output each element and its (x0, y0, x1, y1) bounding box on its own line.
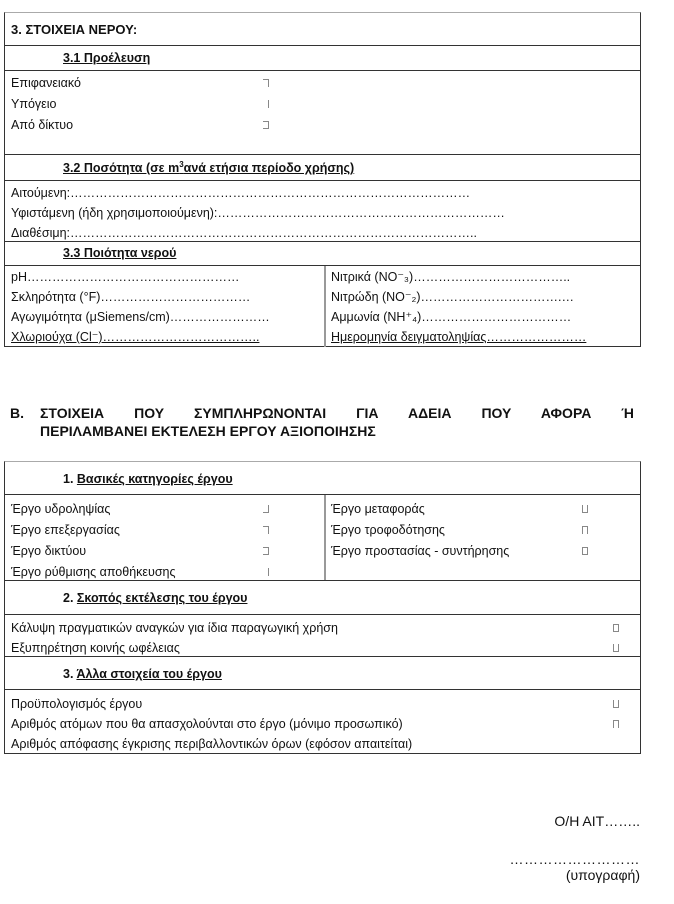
purpose-public-benefit-checkbox[interactable] (613, 644, 619, 652)
purpose-heading-num: 2. (63, 591, 77, 605)
origin-underground-checkbox[interactable] (263, 100, 269, 108)
purpose-heading-row: 2. Σκοπός εκτέλεσης του έργου (5, 581, 640, 615)
section-b-prefix: Β. (10, 404, 24, 422)
origin-label-surface: Επιφανειακό (11, 76, 81, 90)
other-heading-text: Άλλα στοιχεία του έργου (76, 667, 221, 681)
origin-label-underground: Υπόγειο (11, 97, 56, 111)
project-details-section: 1. Βασικές κατηγορίες έργου Έργο υδροληψ… (4, 461, 641, 754)
quantity-available[interactable]: Διαθέσιμη:………………………………………………………………………………… (11, 226, 477, 240)
origin-network-checkbox[interactable] (263, 121, 269, 129)
quantity-heading: 3.2 Ποσότητα (σε m3ανά ετήσια περίοδο χρ… (63, 160, 354, 175)
quality-divider (324, 266, 326, 347)
category-processing: Έργο επεξεργασίας (11, 523, 120, 537)
category-processing-checkbox[interactable] (263, 526, 269, 534)
category-network: Έργο δικτύου (11, 544, 86, 558)
other-budget: Προϋπολογισμός έργου (11, 697, 142, 711)
section-b-line2: ΠΕΡΙΛΑΜΒΑΝΕΙ ΕΚΤΕΛΕΣΗ ΕΡΓΟΥ ΑΞΙΟΠΟΙΗΣΗΣ (40, 422, 376, 440)
quantity-items: Αιτούμενη:………………………………………………………………………………… (5, 181, 640, 242)
other-heading-num: 3. (63, 667, 76, 681)
categories-heading-row: 1. Βασικές κατηγορίες έργου (5, 462, 640, 495)
quality-items: pH…………………………………………… Σκληρότητα (°F)……………… (5, 266, 640, 347)
quality-sampling-date[interactable]: Ημερομηνία δειγματοληψίας…………………… (331, 330, 586, 344)
section-title: 3. ΣΤΟΙΧΕΙΑ ΝΕΡΟΥ: (11, 22, 137, 37)
quality-ammonia[interactable]: Αμμωνία (NH⁺₄)……………………………… (331, 310, 571, 324)
section-b-line1: ΣΤΟΙΧΕΙΑ ΠΟΥ ΣΥΜΠΛΗΡΩΝΟΝΤΑΙ ΓΙΑ ΑΔΕΙΑ ΠΟ… (40, 404, 634, 422)
purpose-heading: 2. Σκοπός εκτέλεσης του έργου (63, 591, 247, 605)
category-protection-checkbox[interactable] (582, 547, 588, 555)
quality-nitrates[interactable]: Νιτρικά (NO⁻₃)……………………………….. (331, 270, 570, 284)
water-details-section: 3. ΣΤΟΙΧΕΙΑ ΝΕΡΟΥ: 3.1 Προέλευση Επιφανε… (4, 12, 641, 347)
quantity-heading-pre: 3.2 Ποσότητα (σε m (63, 161, 179, 175)
category-storage-regulation: Έργο ρύθμισης αποθήκευσης (11, 565, 176, 579)
quality-ph[interactable]: pH…………………………………………… (11, 270, 239, 284)
category-transport: Έργο μεταφοράς (331, 502, 425, 516)
category-protection: Έργο προστασίας - συντήρησης (331, 544, 509, 558)
purpose-own-use: Κάλυψη πραγματικών αναγκών για ίδια παρα… (11, 621, 338, 635)
category-storage-regulation-checkbox[interactable] (263, 568, 269, 576)
categories-heading: 1. Βασικές κατηγορίες έργου (63, 472, 233, 486)
other-budget-checkbox[interactable] (613, 700, 619, 708)
category-water-intake-checkbox[interactable] (263, 505, 269, 513)
quality-conductivity[interactable]: Αγωγιμότητα (μSiemens/cm)…………………… (11, 310, 270, 324)
purpose-own-use-checkbox[interactable] (613, 624, 619, 632)
origin-surface-checkbox[interactable] (263, 79, 269, 87)
category-transport-checkbox[interactable] (582, 505, 588, 513)
quality-chlorides[interactable]: Χλωριούχα (Cl⁻)……………………………….. (11, 330, 259, 344)
category-supply-checkbox[interactable] (582, 526, 588, 534)
quality-hardness[interactable]: Σκληρότητα (°F)……………………………… (11, 290, 250, 304)
origin-items: Επιφανειακό Υπόγειο Από δίκτυο (5, 71, 640, 155)
origin-label-network: Από δίκτυο (11, 118, 73, 132)
purpose-heading-text: Σκοπός εκτέλεσης του έργου (77, 591, 248, 605)
quantity-heading-post: ανά ετήσια περίοδο χρήσης) (184, 161, 355, 175)
quantity-heading-row: 3.2 Ποσότητα (σε m3ανά ετήσια περίοδο χρ… (5, 155, 640, 181)
other-heading: 3. Άλλα στοιχεία του έργου (63, 667, 222, 681)
other-staff-count: Αριθμός ατόμων που θα απασχολούνται στο … (11, 717, 403, 731)
category-water-intake: Έργο υδροληψίας (11, 502, 110, 516)
purpose-public-benefit: Εξυπηρέτηση κοινής ωφέλειας (11, 641, 180, 655)
categories-items: Έργο υδροληψίας Έργο επεξεργασίας Έργο δ… (5, 495, 640, 581)
categories-divider (324, 495, 326, 580)
purpose-items: Κάλυψη πραγματικών αναγκών για ίδια παρα… (5, 615, 640, 657)
quantity-existing[interactable]: Υφιστάμενη (ήδη χρησιμοποιούμενη):………………… (11, 206, 505, 220)
signature-label: (υπογραφή) (510, 867, 641, 883)
quality-nitrites[interactable]: Νιτρώδη (NO⁻₂)…………………………….… (331, 290, 574, 304)
origin-heading: 3.1 Προέλευση (63, 51, 150, 65)
applicant-label: Ο/Η ΑΙΤ…….. (510, 813, 641, 835)
other-staff-count-checkbox[interactable] (613, 720, 619, 728)
categories-heading-num: 1. (63, 472, 77, 486)
signature-block: Ο/Η ΑΙΤ…….. ……………………… (υπογραφή) (510, 813, 641, 883)
categories-heading-text: Βασικές κατηγορίες έργου (77, 472, 233, 486)
signature-line[interactable]: ……………………… (510, 851, 641, 867)
section-title-row: 3. ΣΤΟΙΧΕΙΑ ΝΕΡΟΥ: (5, 13, 640, 46)
other-env-approval: Αριθμός απόφασης έγκρισης περιβαλλοντικώ… (11, 737, 412, 751)
section-b-title: Β. ΣΤΟΙΧΕΙΑ ΠΟΥ ΣΥΜΠΛΗΡΩΝΟΝΤΑΙ ΓΙΑ ΑΔΕΙΑ… (0, 404, 674, 444)
category-supply: Έργο τροφοδότησης (331, 523, 445, 537)
category-network-checkbox[interactable] (263, 547, 269, 555)
quantity-requested[interactable]: Αιτούμενη:………………………………………………………………………………… (11, 186, 470, 200)
quality-heading-row: 3.3 Ποιότητα νερού (5, 242, 640, 266)
quality-heading: 3.3 Ποιότητα νερού (63, 246, 176, 260)
origin-heading-row: 3.1 Προέλευση (5, 46, 640, 71)
other-heading-row: 3. Άλλα στοιχεία του έργου (5, 657, 640, 690)
other-items: Προϋπολογισμός έργου Αριθμός ατόμων που … (5, 690, 640, 754)
